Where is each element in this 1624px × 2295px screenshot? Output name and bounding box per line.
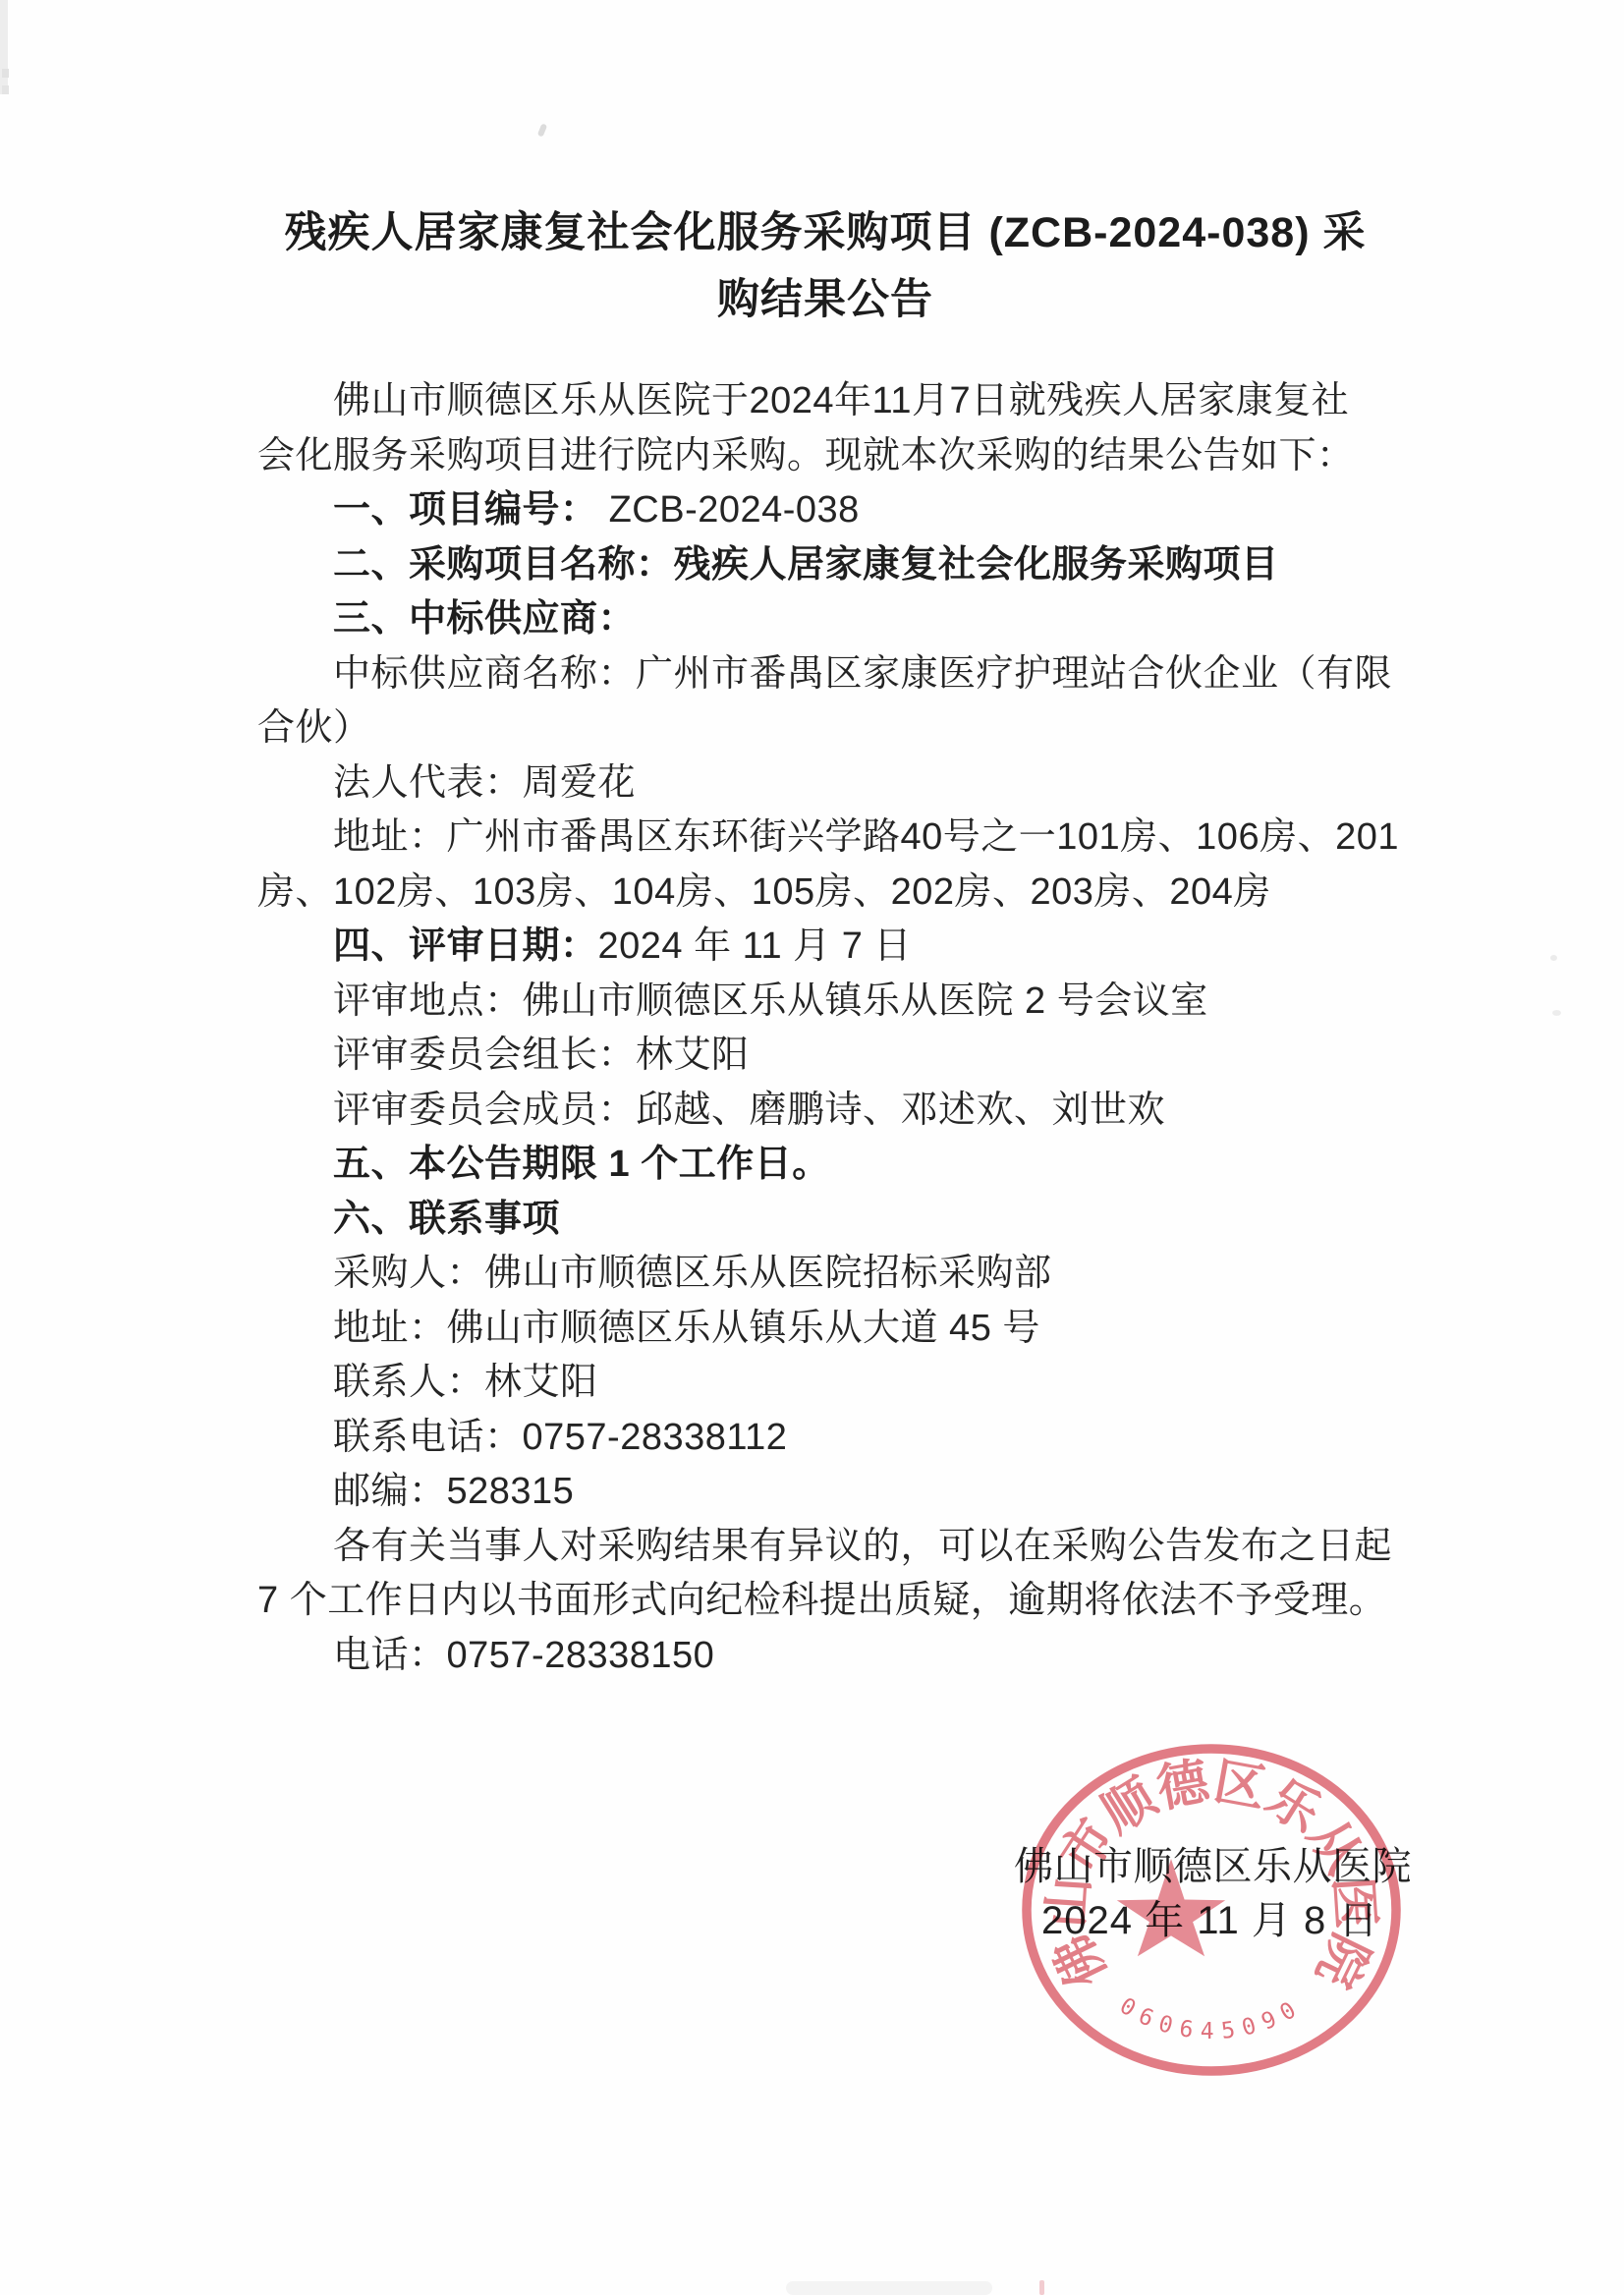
- official-seal-stamp: 佛山市顺德区乐从医院 4406064509031: [1015, 1737, 1408, 2083]
- text-line: 评审委员会成员：邱越、磨鹏诗、邓述欢、刘世欢: [257, 1084, 1476, 1139]
- text-line-regular-segment: 各有关当事人对采购结果有异议的，可以在采购公告发布之日起: [333, 1526, 1392, 1567]
- text-line: 地址：广州市番禺区东环街兴学路40号之一101房、106房、201: [257, 811, 1476, 866]
- text-line: 电话：0757-28338150: [257, 1629, 1476, 1684]
- text-line-bold-segment: 一、项目编号：: [333, 489, 598, 531]
- text-line-bold-segment: 五、本公告期限 1 个工作日。: [333, 1144, 830, 1185]
- text-line-regular-segment: 合伙）: [257, 707, 371, 749]
- text-line: 二、采购项目名称：残疾人居家康复社会化服务采购项目: [257, 538, 1476, 593]
- text-line: 联系人：林艾阳: [257, 1356, 1476, 1411]
- text-line-bold-segment: 三、中标供应商：: [333, 598, 636, 640]
- text-line-regular-segment: ZCB-2024-038: [598, 489, 860, 531]
- text-line-regular-segment: 联系电话：0757-28338112: [333, 1417, 787, 1458]
- text-line: 地址：佛山市顺德区乐从镇乐从大道 45 号: [257, 1302, 1476, 1357]
- text-line: 7 个工作日内以书面形式向纪检科提出质疑，逾期将依法不予受理。: [257, 1574, 1476, 1629]
- text-line: 四、评审日期：2024 年 11 月 7 日: [257, 920, 1476, 975]
- text-line-regular-segment: 邮编：528315: [333, 1471, 574, 1512]
- text-line: 邮编：528315: [257, 1465, 1476, 1520]
- text-line: 评审地点：佛山市顺德区乐从镇乐从医院 2 号会议室: [257, 975, 1476, 1030]
- text-line-regular-segment: 地址：广州市番禺区东环街兴学路40号之一101房、106房、201: [333, 816, 1399, 858]
- text-line: 中标供应商名称：广州市番禺区家康医疗护理站合伙企业（有限: [257, 647, 1476, 702]
- text-line: 五、本公告期限 1 个工作日。: [257, 1138, 1476, 1193]
- text-line-regular-segment: 电话：0757-28338150: [333, 1635, 714, 1676]
- text-line: 六、联系事项: [257, 1193, 1476, 1248]
- text-line-regular-segment: 7 个工作日内以书面形式向纪检科提出质疑，逾期将依法不予受理。: [257, 1580, 1386, 1621]
- title-line-2: 购结果公告: [182, 266, 1469, 333]
- text-line-regular-segment: 评审委员会组长：林艾阳: [333, 1035, 750, 1076]
- text-line: 采购人：佛山市顺德区乐从医院招标采购部: [257, 1247, 1476, 1302]
- text-line: 三、中标供应商：: [257, 592, 1476, 647]
- text-line: 会化服务采购项目进行院内采购。现就本次采购的结果公告如下：: [257, 429, 1476, 484]
- text-line-regular-segment: 佛山市顺德区乐从医院于2024年11月7日就残疾人居家康复社: [333, 380, 1349, 421]
- text-line-bold-segment: 四、评审日期：: [333, 925, 598, 967]
- text-line-regular-segment: 评审地点：佛山市顺德区乐从镇乐从医院 2 号会议室: [333, 980, 1208, 1022]
- text-line: 佛山市顺德区乐从医院于2024年11月7日就残疾人居家康复社: [257, 374, 1476, 429]
- text-line: 评审委员会组长：林艾阳: [257, 1029, 1476, 1084]
- text-line-bold-segment: 二、采购项目名称：残疾人居家康复社会化服务采购项目: [333, 544, 1279, 586]
- text-line: 一、项目编号： ZCB-2024-038: [257, 483, 1476, 538]
- text-line-regular-segment: 2024 年 11 月 7 日: [598, 925, 912, 967]
- title-line-1: 残疾人居家康复社会化服务采购项目 (ZCB-2024-038) 采: [182, 199, 1469, 266]
- text-line-bold-segment: 六、联系事项: [333, 1199, 560, 1240]
- text-line-regular-segment: 会化服务采购项目进行院内采购。现就本次采购的结果公告如下：: [257, 435, 1355, 476]
- text-line-regular-segment: 中标供应商名称：广州市番禺区家康医疗护理站合伙企业（有限: [333, 653, 1392, 695]
- text-line-regular-segment: 房、102房、103房、104房、105房、202房、203房、204房: [257, 871, 1271, 913]
- text-line-regular-segment: 评审委员会成员：邱越、磨鹏诗、邓述欢、刘世欢: [333, 1090, 1165, 1131]
- text-line-regular-segment: 地址：佛山市顺德区乐从镇乐从大道 45 号: [333, 1308, 1040, 1349]
- text-line: 合伙）: [257, 701, 1476, 756]
- text-line-regular-segment: 法人代表：周爱花: [333, 762, 636, 804]
- text-line: 联系电话：0757-28338112: [257, 1411, 1476, 1466]
- text-line: 房、102房、103房、104房、105房、202房、203房、204房: [257, 866, 1476, 921]
- text-line: 各有关当事人对采购结果有异议的，可以在采购公告发布之日起: [257, 1520, 1476, 1575]
- star-icon: [1117, 1859, 1225, 1956]
- text-line-regular-segment: 联系人：林艾阳: [333, 1362, 598, 1403]
- scanned-announcement-page: { "page": { "background": "#ffffff", "in…: [0, 0, 1624, 2295]
- document-title: 残疾人居家康复社会化服务采购项目 (ZCB-2024-038) 采 购结果公告: [182, 199, 1469, 333]
- text-line-regular-segment: 采购人：佛山市顺德区乐从医院招标采购部: [333, 1253, 1052, 1294]
- text-line: 法人代表：周爱花: [257, 756, 1476, 812]
- document-lines: 佛山市顺德区乐从医院于2024年11月7日就残疾人居家康复社会化服务采购项目进行…: [257, 374, 1476, 1683]
